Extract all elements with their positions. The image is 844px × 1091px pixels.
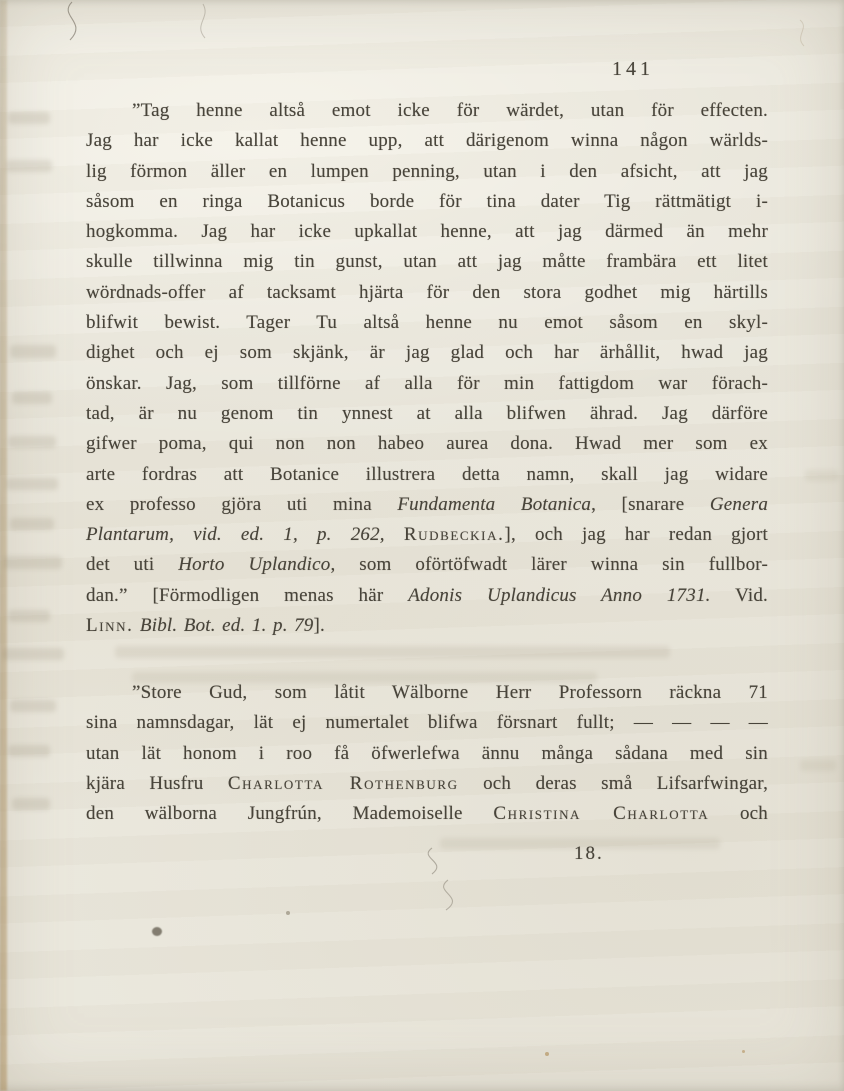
bleedthrough-smudge xyxy=(12,798,50,810)
text-line: dighet och ej som skjänk, är jag glad oc… xyxy=(86,338,768,368)
text-line: det uti Horto Uplandico, som oförtöfwadt… xyxy=(86,550,768,580)
bleedthrough-smudge xyxy=(10,345,56,358)
text-line: den wälborna Jungfrún, Mademoiselle Chri… xyxy=(86,799,768,829)
ink-speck xyxy=(152,927,162,936)
bleedthrough-smudge xyxy=(10,518,54,530)
text-line: ”Tag henne altså emot icke för wärdet, u… xyxy=(86,96,768,126)
bleedthrough-smudge xyxy=(4,556,62,569)
bleedthrough-smudge xyxy=(805,470,839,481)
text-line: Plantarum, vid. ed. 1, p. 262, Rudbeckia… xyxy=(86,520,768,550)
bleedthrough-smudge xyxy=(2,648,64,660)
paragraph: ”Store Gud, som låtit Wälborne Herr Prof… xyxy=(86,678,768,829)
book-page: 141 ”Tag henne altså emot icke för wärde… xyxy=(0,0,844,1091)
bleedthrough-smudge xyxy=(6,478,58,490)
bleedthrough-smudge xyxy=(8,745,50,757)
text-line: wördnads-offer af tacksamt hjärta för de… xyxy=(86,278,768,308)
text-line: lig förmon äller en lumpen penning, utan… xyxy=(86,157,768,187)
text-line: såsom en ringa Botanicus borde för tina … xyxy=(86,187,768,217)
paragraph: ”Tag henne altså emot icke för wärdet, u… xyxy=(86,96,768,641)
text-line: önskar. Jag, som tillförne af alla för m… xyxy=(86,369,768,399)
text-line: tad, är nu genom tin ynnest at alla blif… xyxy=(86,399,768,429)
text-line: gifwer poma, qui non non habeo aurea don… xyxy=(86,429,768,459)
bleedthrough-smudge xyxy=(800,760,836,771)
paper-speck xyxy=(742,1050,745,1053)
bleedthrough-smudge xyxy=(8,112,50,124)
text-line: ”Store Gud, som låtit Wälborne Herr Prof… xyxy=(86,678,768,708)
book-gutter-edge xyxy=(0,0,7,1091)
bleedthrough-smudge xyxy=(8,610,50,622)
bleedthrough-smudge xyxy=(12,392,52,404)
book-page-text: ”Tag henne altså emot icke för wärdet, u… xyxy=(86,96,768,856)
bleedthrough-smudge xyxy=(8,436,56,448)
text-line: utan lät honom i roo få öfwerlefwa ännu … xyxy=(86,739,768,769)
text-line: skulle tillwinna mig tin gunst, utan att… xyxy=(86,247,768,277)
text-line: kjära Husfru Charlotta Rothenburg och de… xyxy=(86,769,768,799)
text-line: Linn. Bibl. Bot. ed. 1. p. 79]. xyxy=(86,611,768,641)
bleedthrough-smudge xyxy=(6,160,52,172)
text-line: sina namnsdagar, lät ej numertalet blifw… xyxy=(86,708,768,738)
text-line: hogkomma. Jag har icke upkallat henne, a… xyxy=(86,217,768,247)
paper-speck xyxy=(545,1052,549,1056)
signature-mark: 18. xyxy=(574,843,604,865)
text-line: blifwit bewist. Tager Tu altså henne nu … xyxy=(86,308,768,338)
text-line: dan.” [Förmodligen menas här Adonis Upla… xyxy=(86,581,768,611)
text-line: Jag har icke kallat henne upp, att därig… xyxy=(86,126,768,156)
text-line: arte fordras att Botanice illustrera det… xyxy=(86,460,768,490)
ink-speck xyxy=(286,911,290,915)
bleedthrough-smudge xyxy=(10,700,56,712)
page-number: 141 xyxy=(612,58,654,81)
text-line: ex professo gjöra uti mina Fundamenta Bo… xyxy=(86,490,768,520)
